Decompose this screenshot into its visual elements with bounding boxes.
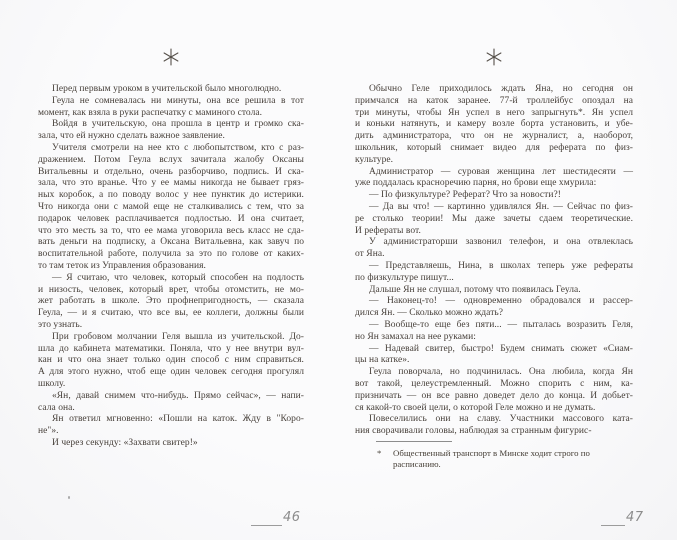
- footnote-rule: [376, 441, 452, 442]
- page-right: Обычно Геле приходилось ждать Яна, но се…: [355, 48, 633, 438]
- text-line: ся какой-то своей цели, о которой Геле м…: [355, 403, 633, 415]
- text-line: Ян ответил мгновенно: «Пошли на каток. Ж…: [38, 414, 304, 426]
- text-line: Обычно Геле приходилось ждать Яна, но се…: [355, 84, 633, 96]
- footnote: * Общественный транспорт в Минске ходит …: [355, 441, 633, 470]
- paragraph: Дальше Ян не слушал, потому что появилас…: [355, 285, 633, 297]
- text-line: Витальевны и отдельно, очень разборчиво,…: [38, 167, 304, 179]
- section-divider: [38, 48, 304, 78]
- text-line: При гробовом молчании Геля вышла из учит…: [38, 332, 304, 344]
- text-line: ных коробок, а по поводу волос у нее пун…: [38, 190, 304, 202]
- text-line: — Вообще-то еще без пяти... — пыталась в…: [355, 320, 633, 332]
- text-line: дражением. Потом Геула вслух зачитала жа…: [38, 155, 304, 167]
- text-line: Геула не сомневалась ни минуты, она все …: [38, 96, 304, 108]
- text-line: подарок человек расплачивается подлостью…: [38, 214, 304, 226]
- text-line: школу.: [38, 379, 304, 391]
- text-line: воспитательной работе, получила за это п…: [38, 249, 304, 261]
- section-divider: [355, 48, 633, 78]
- page-number: 46: [283, 510, 301, 525]
- text-line: И через секунду: «Захвати свитер!»: [38, 438, 304, 450]
- text-line: и коньки натянуть, и камеру возле борта …: [355, 119, 633, 131]
- page-left: Перед первым уроком в учительской было м…: [38, 48, 304, 450]
- text-line: — Представляешь, Нина, в школах теперь у…: [355, 261, 633, 273]
- left-page-text: Перед первым уроком в учительской было м…: [38, 84, 304, 450]
- paragraph: При гробовом молчании Геля вышла из учит…: [38, 332, 304, 391]
- paragraph: Учителя смотрели на нее кто с любопытств…: [38, 143, 304, 273]
- text-line: не"».: [38, 426, 304, 438]
- paragraph: «Ян, давай снимем что-нибудь. Прямо сейч…: [38, 391, 304, 415]
- text-line: Перед первым уроком в учительской было м…: [38, 84, 304, 96]
- text-line: вать деньги на подписку, а Оксана Виталь…: [38, 237, 304, 249]
- text-line: — Я считаю, что человек, который способе…: [38, 273, 304, 285]
- text-line: сала она.: [38, 403, 304, 415]
- text-line: момент, как взяла в руки распечатку с ма…: [38, 108, 304, 120]
- paragraph: — Наконец-то! — одновременно обрадовался…: [355, 296, 633, 320]
- paragraph: Геула не сомневалась ни минуты, она все …: [38, 96, 304, 120]
- text-line: по физкультуре пишут...: [355, 273, 633, 285]
- text-line: призничать — он все равно доведет дело д…: [355, 391, 633, 403]
- text-line: — Надевай свитер, быстро! Будем снимать …: [355, 344, 633, 356]
- text-line: Учителя смотрели на нее кто с любопытств…: [38, 143, 304, 155]
- text-line: Что никогда они с мамой еще не сталкивал…: [38, 202, 304, 214]
- text-line: Дальше Ян не слушал, потому что появилас…: [355, 285, 633, 297]
- paragraph: — Да вы что! — картинно удивлялся Ян. — …: [355, 202, 633, 237]
- paragraph: — Вообще-то еще без пяти... — пыталась в…: [355, 320, 633, 344]
- folio-rule: [601, 512, 625, 526]
- paragraph: — Надевай свитер, быстро! Будем снимать …: [355, 344, 633, 368]
- text-line: три минуты, чтобы Ян успел в него запрыг…: [355, 108, 633, 120]
- paragraph: Перед первым уроком в учительской было м…: [38, 84, 304, 96]
- text-line: это узнать.: [38, 320, 304, 332]
- text-line: шла до кабинета математики. Поняла, что …: [38, 344, 304, 356]
- page-number-left: 46: [251, 508, 301, 526]
- text-line: то там теток из Управления образования.: [38, 261, 304, 273]
- text-line: Войдя в учительскую, она прошла в центр …: [38, 119, 304, 131]
- paragraph: Администратор — суровая женщина лет шест…: [355, 167, 633, 191]
- text-line: уже поддалась красноречию парня, но бров…: [355, 178, 633, 190]
- text-line: и низость, человек, который врет, чтобы …: [38, 285, 304, 297]
- paragraph: — Я считаю, что человек, который способе…: [38, 273, 304, 332]
- text-line: что это месть за то, что ее мама уговори…: [38, 226, 304, 238]
- text-line: дился Ян. — Сколько можно ждать?: [355, 308, 633, 320]
- paragraph: — По физкультуре? Реферат? Что за новост…: [355, 190, 633, 202]
- asterisk-divider-icon: [162, 48, 180, 66]
- paragraph: Повеселились они на славу. Участники мас…: [355, 414, 633, 438]
- paragraph: — Представляешь, Нина, в школах теперь у…: [355, 261, 633, 285]
- text-line: дить администратора, что он не журналист…: [355, 131, 633, 143]
- asterisk-divider-icon: [485, 48, 503, 66]
- paragraph: Геула поворчала, но подчинилась. Она люб…: [355, 367, 633, 414]
- page-number-right: 47: [601, 508, 644, 526]
- text-line: У администраторши зазвонил телефон, и он…: [355, 237, 633, 249]
- text-line: жет работать в школе. Это профнепригодно…: [38, 296, 304, 308]
- text-line: — Наконец-то! — одновременно обрадовался…: [355, 296, 633, 308]
- ink-speck: [68, 496, 70, 499]
- text-line: И рефераты вот.: [355, 226, 633, 238]
- text-line: Геула, — и я считаю, что все вы, ее колл…: [38, 308, 304, 320]
- footnote-marker: *: [377, 448, 393, 470]
- paragraph: Обычно Геле приходилось ждать Яна, но се…: [355, 84, 633, 167]
- text-line: от Яна.: [355, 249, 633, 261]
- paragraph: У администраторши зазвонил телефон, и он…: [355, 237, 633, 261]
- paragraph: И через секунду: «Захвати свитер!»: [38, 438, 304, 450]
- text-line: зала, что ей нужно сделать важное заявле…: [38, 131, 304, 143]
- text-line: Повеселились они на славу. Участники мас…: [355, 414, 633, 426]
- paragraph: Ян ответил мгновенно: «Пошли на каток. Ж…: [38, 414, 304, 438]
- text-line: зала, что это вранье. Что у ее мамы нико…: [38, 178, 304, 190]
- text-line: ре столько теории! Мы даже зачеты сдаем …: [355, 214, 633, 226]
- text-line: «Ян, давай снимем что-нибудь. Прямо сейч…: [38, 391, 304, 403]
- text-line: кан и что она знает только один способ с…: [38, 355, 304, 367]
- page-number: 47: [626, 510, 644, 525]
- text-line: Геула поворчала, но подчинилась. Она люб…: [355, 367, 633, 379]
- book-spread: Перед первым уроком в учительской было м…: [0, 0, 677, 540]
- text-line: — По физкультуре? Реферат? Что за новост…: [355, 190, 633, 202]
- text-line: — Да вы что! — картинно удивлялся Ян. — …: [355, 202, 633, 214]
- text-line: но Ян замахал на нее руками:: [355, 332, 633, 344]
- text-line: Администратор — суровая женщина лет шест…: [355, 167, 633, 179]
- folio-rule: [251, 512, 282, 526]
- text-line: ния сворачивали головы, наблюдая за стра…: [355, 426, 633, 438]
- right-page-text: Обычно Геле приходилось ждать Яна, но се…: [355, 84, 633, 438]
- text-line: А для этого нужно, чтоб еще один человек…: [38, 367, 304, 379]
- text-line: вот такой, целеустремленный. Можно спори…: [355, 379, 633, 391]
- paragraph: Войдя в учительскую, она прошла в центр …: [38, 119, 304, 143]
- text-line: школьник, который снимает видео для рефе…: [355, 143, 633, 155]
- footnote-text: Общественный транспорт в Минске ходит ст…: [393, 448, 633, 470]
- text-line: примчался на каток заранее. 77-й троллей…: [355, 96, 633, 108]
- text-line: цы на катке».: [355, 355, 633, 367]
- text-line: культуре.: [355, 155, 633, 167]
